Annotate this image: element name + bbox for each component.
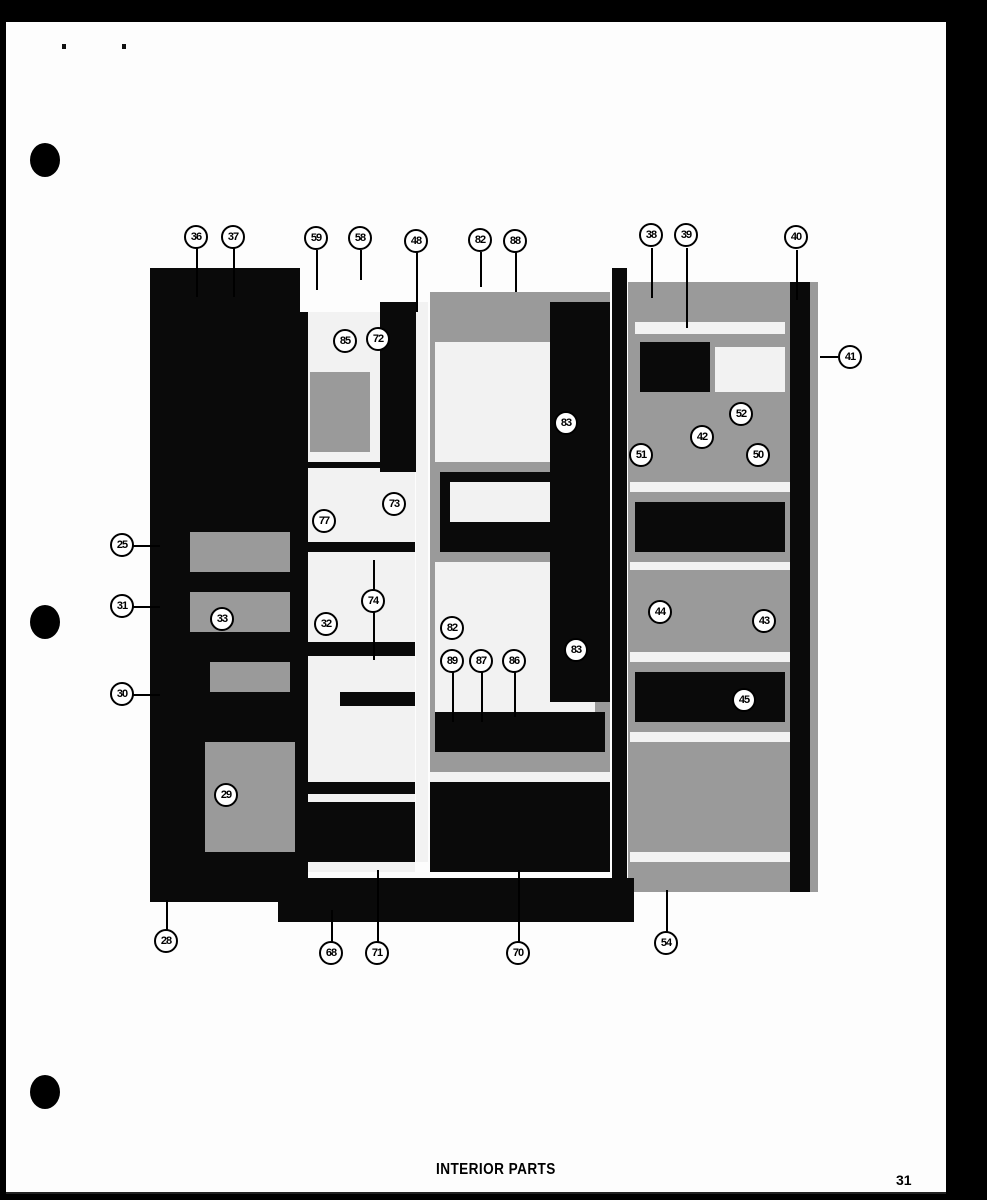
binder-hole-bottom [30, 1075, 60, 1109]
callout-25: 25 [110, 533, 134, 557]
callout-89: 89 [440, 649, 464, 673]
callout-51: 51 [629, 443, 653, 467]
callout-29: 29 [214, 783, 238, 807]
refrigerator-photo [150, 262, 830, 922]
callout-40: 40 [784, 225, 808, 249]
callout-68: 68 [319, 941, 343, 965]
callout-73: 73 [382, 492, 406, 516]
bottom-rule [6, 1192, 946, 1194]
callout-39: 39 [674, 223, 698, 247]
binder-hole-top [30, 143, 60, 177]
speck [62, 44, 66, 49]
callout-44: 44 [648, 600, 672, 624]
callout-87: 87 [469, 649, 493, 673]
binder-hole-middle [30, 605, 60, 639]
callout-45: 45 [732, 688, 756, 712]
callout-37: 37 [221, 225, 245, 249]
callout-88: 88 [503, 229, 527, 253]
callout-33: 33 [210, 607, 234, 631]
callout-31: 31 [110, 594, 134, 618]
callout-71: 71 [365, 941, 389, 965]
callout-70: 70 [506, 941, 530, 965]
callout-72: 72 [366, 327, 390, 351]
callout-32: 32 [314, 612, 338, 636]
speck [122, 44, 126, 49]
callout-85: 85 [333, 329, 357, 353]
callout-77: 77 [312, 509, 336, 533]
callout-82-top: 82 [468, 228, 492, 252]
callout-50: 50 [746, 443, 770, 467]
callout-38: 38 [639, 223, 663, 247]
callout-41: 41 [838, 345, 862, 369]
callout-52: 52 [729, 402, 753, 426]
page-number: 31 [896, 1172, 912, 1188]
callout-48: 48 [404, 229, 428, 253]
callout-83-upper: 83 [554, 411, 578, 435]
callout-74: 74 [361, 589, 385, 613]
callout-86: 86 [502, 649, 526, 673]
callout-36: 36 [184, 225, 208, 249]
callout-43: 43 [752, 609, 776, 633]
callout-54: 54 [654, 931, 678, 955]
callout-28: 28 [154, 929, 178, 953]
callout-82-lower: 82 [440, 616, 464, 640]
figure-caption: INTERIOR PARTS [436, 1161, 556, 1179]
callout-30: 30 [110, 682, 134, 706]
callout-58: 58 [348, 226, 372, 250]
center-mullion [416, 302, 428, 862]
callout-42: 42 [690, 425, 714, 449]
callout-83-lower: 83 [564, 638, 588, 662]
callout-59: 59 [304, 226, 328, 250]
